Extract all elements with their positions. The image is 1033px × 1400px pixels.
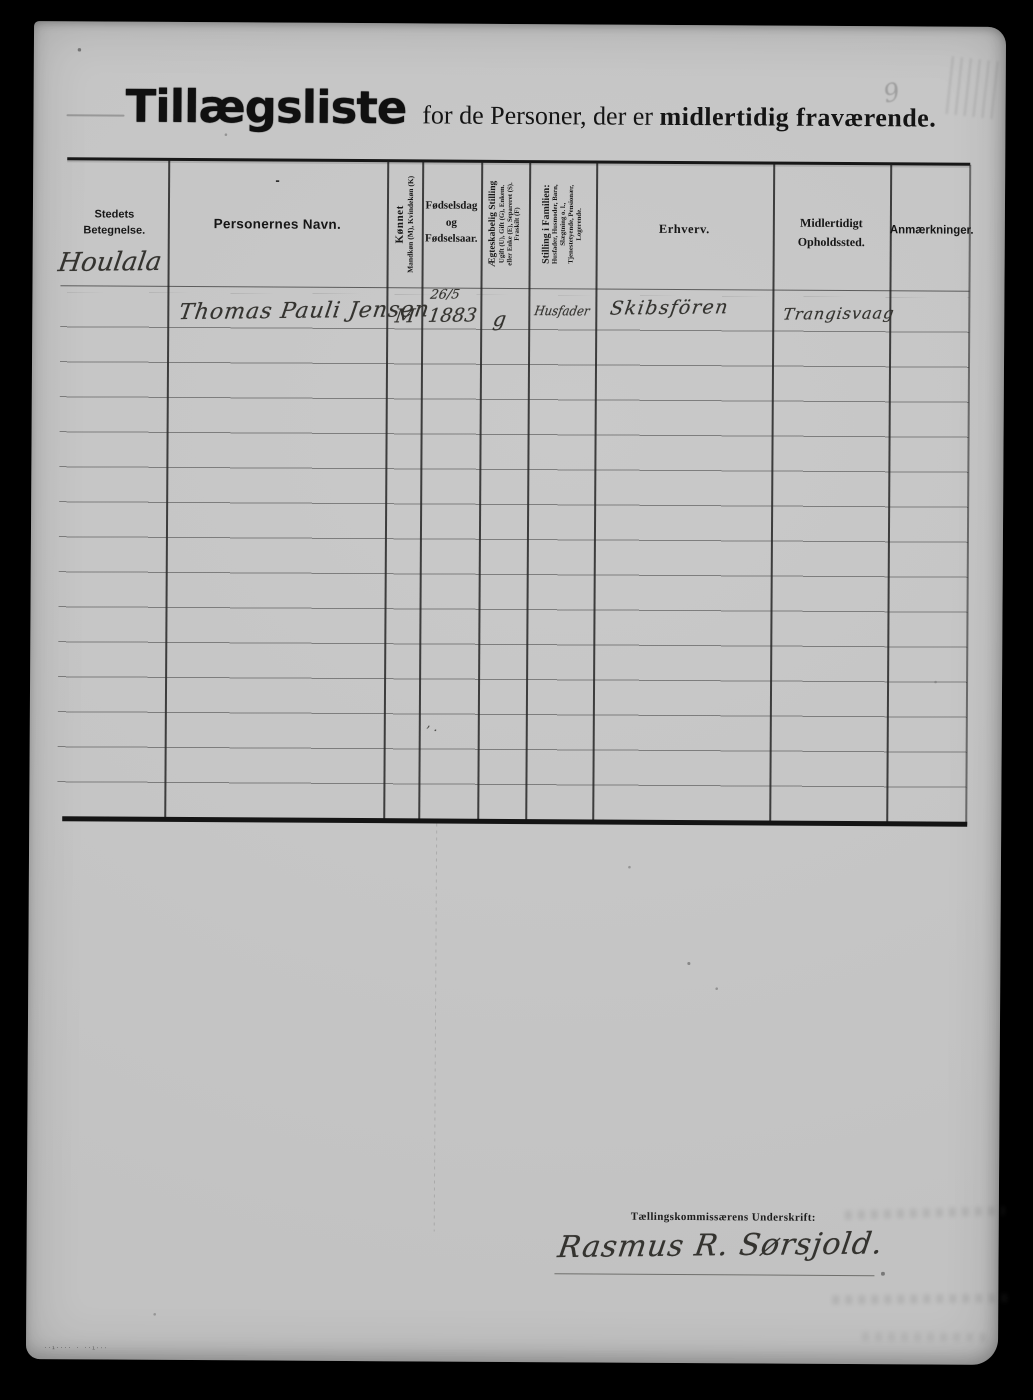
entry-sex: M [394, 305, 417, 327]
fold-crease [434, 824, 437, 1232]
table-bottom-rule [62, 816, 967, 826]
header-line: Fødselsaar. [422, 230, 481, 247]
entry-birth-year: 1883 [427, 304, 479, 327]
title-main: Tillægsliste [125, 80, 406, 135]
header-line: og [422, 214, 481, 231]
header-aegteskabelig-stilling: Ægteskabelig Stilling Ugift (U), Gift (G… [481, 162, 528, 286]
header-personernes-navn: Personernes Navn. [168, 216, 387, 232]
pencil-scribble [946, 56, 1002, 119]
commissioner-signature: Rasmus R. Sørsjold. [556, 1226, 886, 1265]
header-stedets-betegnelse: Stedets Betegnelse. [61, 207, 168, 240]
dash-mark: - [168, 172, 387, 188]
table-row-lines [57, 292, 969, 798]
header-foedselsdag: Fødselsdag og Fødselsaar. [422, 197, 481, 247]
bleed-through-smudge [832, 1293, 1007, 1304]
header-line: Stedets [61, 207, 168, 224]
header-erhverv: Erhverv. [596, 221, 773, 237]
signature-label: Tællingskommissærens Underskrift: [631, 1211, 816, 1224]
stray-ink-marks: ’ · [425, 723, 439, 737]
header-stilling-i-familien: Stilling i Familien: Husfader, Husmoder,… [531, 162, 592, 286]
title-subtitle: for de Personer, der er midlertidig frav… [422, 100, 936, 133]
entry-name: Thomas Pauli Jensen [177, 297, 431, 325]
entry-occupation: Skibsfören [609, 296, 731, 319]
paper-specks [34, 21, 35, 22]
printer-mark: ··ı···· · ··ı··· [44, 1345, 108, 1351]
entry-place: Houlala [56, 247, 163, 278]
header-anmaerkninger: Anmærkninger. [890, 222, 970, 236]
header-line: Opholdssted. [773, 233, 890, 253]
margin-smudge [67, 114, 125, 116]
header-line: Logerende. [575, 208, 583, 241]
header-midlertidigt-opholdssted: Midlertidigt Opholdssted. [773, 214, 890, 253]
header-line: Ægteskabelig Stilling [487, 181, 498, 267]
bleed-through-smudge [862, 1332, 992, 1342]
entry-temporary-residence: Trangisvaag [782, 303, 896, 323]
page-title: Tillægsliste for de Personer, der er mid… [125, 80, 975, 138]
header-line: Fraskilt (F) [514, 207, 522, 240]
header-koennet: Kønnet Mandkøn (M), Kvindekøn (K) [388, 165, 423, 283]
header-line: Fødselsdag [422, 197, 481, 214]
entry-birth-day: 26/5 [429, 287, 460, 302]
header-line: Mandkøn (M), Kvindekøn (K) [407, 176, 416, 273]
header-line: Stilling i Familien: [540, 184, 552, 264]
title-subtitle-regular: for de Personer, der er [422, 100, 653, 130]
scanned-census-sheet: Tillægsliste for de Personer, der er mid… [26, 21, 1006, 1365]
header-separator-line [60, 285, 969, 292]
header-line: Betegnelse. [61, 223, 168, 240]
bleed-through-smudge [845, 1206, 1005, 1220]
signature-underline [554, 1273, 874, 1276]
entry-family-position: Husfader [533, 304, 591, 319]
header-line: Midlertidigt [773, 214, 890, 234]
